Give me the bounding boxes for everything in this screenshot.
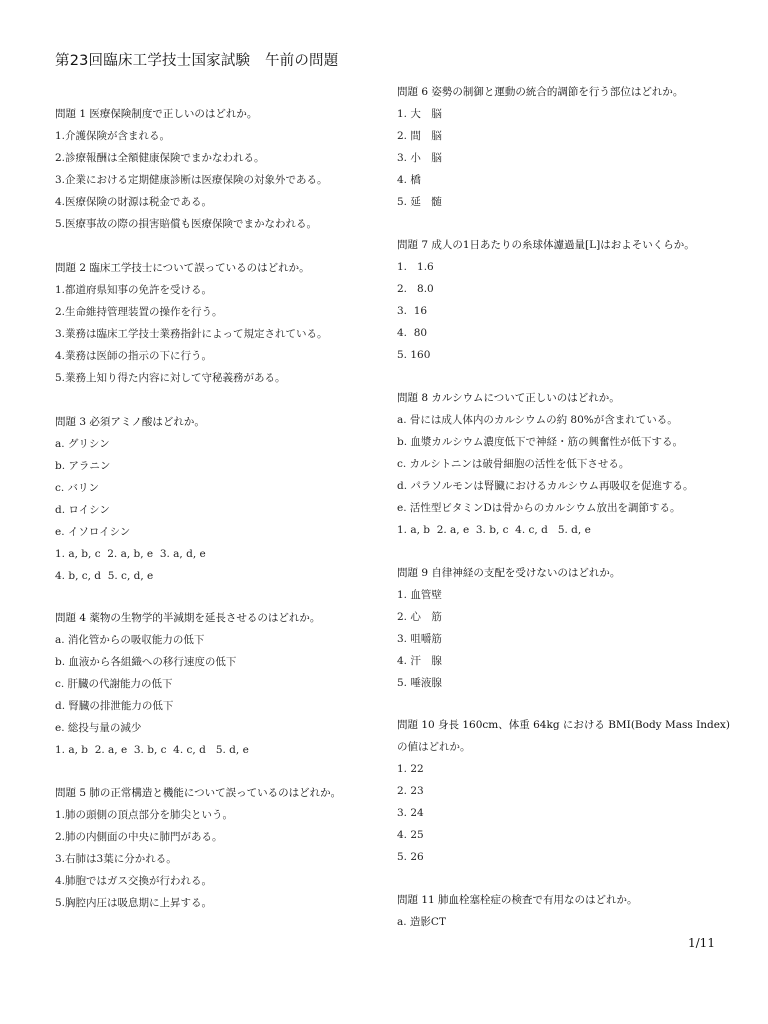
question-option-line: 2. 心 筋 xyxy=(397,610,442,624)
question-option-line: 2. 8.0 xyxy=(397,282,434,296)
question-1-heading: 問題 1 医療保険制度で正しいのはどれか。 xyxy=(55,107,257,121)
question-option-line: 2. 23 xyxy=(397,784,424,798)
question-option-line: 5.胸腔内圧は吸息期に上昇する。 xyxy=(55,896,212,910)
question-option-line: e. イソロイシン xyxy=(55,525,130,539)
page-title: 第23回臨床工学技士国家試験 午前の問題 xyxy=(55,49,338,70)
question-option-line: 3. 24 xyxy=(397,806,424,820)
question-option-line: 5. 26 xyxy=(397,850,424,864)
question-option-line: a. 消化管からの吸収能力の低下 xyxy=(55,633,204,647)
question-option-line: 4. 80 xyxy=(397,326,427,340)
question-option-line: a. グリシン xyxy=(55,437,110,451)
question-11-heading: 問題 11 肺血栓塞栓症の検査で有用なのはどれか。 xyxy=(397,893,638,907)
question-option-line: 4.医療保険の財源は税金である。 xyxy=(55,195,212,209)
question-option-line: 1. 22 xyxy=(397,762,424,776)
question-option-line: 1. a, b 2. a, e 3. b, c 4. c, d 5. d, e xyxy=(55,743,249,757)
question-10-heading: 問題 10 身長 160cm、体重 64kg における BMI(Body Mas… xyxy=(397,718,730,732)
question-option-line: d. ロイシン xyxy=(55,503,110,517)
question-option-line: e. 活性型ビタミンDは骨からのカルシウム放出を調節する。 xyxy=(397,501,680,515)
question-option-line: 3. 咀嚼筋 xyxy=(397,632,442,646)
question-option-line: b. 血液から各組織への移行速度の低下 xyxy=(55,655,236,669)
question-option-line: a. 造影CT xyxy=(397,915,446,929)
question-option-line: 2.診療報酬は全額健康保険でまかなわれる。 xyxy=(55,151,265,165)
question-option-line: 4. b, c, d 5. c, d, e xyxy=(55,569,153,583)
question-option-line: 2. 間 脳 xyxy=(397,129,442,143)
question-option-line: 4.業務は医師の指示の下に行う。 xyxy=(55,349,212,363)
question-option-line: d. 腎臓の排泄能力の低下 xyxy=(55,699,173,713)
question-option-line: 5.医療事故の際の損害賠償も医療保険でまかなわれる。 xyxy=(55,217,317,231)
question-option-line: 1.肺の頭側の頂点部分を肺尖という。 xyxy=(55,808,233,822)
question-4-heading: 問題 4 薬物の生物学的半減期を延長させるのはどれか。 xyxy=(55,611,320,625)
question-5-heading: 問題 5 肺の正常構造と機能について誤っているのはどれか。 xyxy=(55,786,341,800)
question-option-line: 1.介護保険が含まれる。 xyxy=(55,129,170,143)
question-option-line: 1. a, b 2. a, e 3. b, c 4. c, d 5. d, e xyxy=(397,523,591,537)
question-option-line: b. 血漿カルシウム濃度低下で神経・筋の興奮性が低下する。 xyxy=(397,435,683,449)
question-option-line: の値はどれか。 xyxy=(397,740,471,754)
question-option-line: 3. 16 xyxy=(397,304,427,318)
question-3-heading: 問題 3 必須アミノ酸はどれか。 xyxy=(55,415,205,429)
question-option-line: 3.企業における定期健康診断は医療保険の対象外である。 xyxy=(55,173,328,187)
question-option-line: 2.肺の内側面の中央に肺門がある。 xyxy=(55,830,223,844)
question-option-line: 4. 橋 xyxy=(397,173,421,187)
question-option-line: c. バリン xyxy=(55,481,99,495)
question-option-line: 3.業務は臨床工学技士業務指針によって規定されている。 xyxy=(55,327,328,341)
question-6-heading: 問題 6 姿勢の制御と運動の統合的調節を行う部位はどれか。 xyxy=(397,85,683,99)
question-option-line: 4. 汗 腺 xyxy=(397,654,442,668)
question-option-line: 1. 大 脳 xyxy=(397,107,442,121)
question-option-line: b. アラニン xyxy=(55,459,110,473)
question-option-line: 3.右肺は3葉に分かれる。 xyxy=(55,852,177,866)
question-option-line: a. 骨には成人体内のカルシウムの約 80%が含まれている。 xyxy=(397,413,678,427)
page-number: 1/11 xyxy=(688,936,715,950)
question-option-line: 5. 延 髄 xyxy=(397,195,442,209)
question-option-line: 1. 1.6 xyxy=(397,260,434,274)
question-option-line: 2.生命維持管理装置の操作を行う。 xyxy=(55,305,223,319)
question-option-line: 1. a, b, c 2. a, b, e 3. a, d, e xyxy=(55,547,206,561)
question-option-line: 3. 小 脳 xyxy=(397,151,442,165)
question-option-line: 5. 唾液腺 xyxy=(397,676,442,690)
question-7-heading: 問題 7 成人の1日あたりの糸球体濾過量[L]はおよそいくらか。 xyxy=(397,238,695,252)
question-option-line: 4. 25 xyxy=(397,828,424,842)
question-9-heading: 問題 9 自律神経の支配を受けないのはどれか。 xyxy=(397,566,620,580)
question-option-line: c. カルシトニンは破骨細胞の活性を低下させる。 xyxy=(397,457,629,471)
question-option-line: 1. 血管壁 xyxy=(397,588,442,602)
question-option-line: 4.肺胞ではガス交換が行われる。 xyxy=(55,874,212,888)
question-option-line: 1.都道府県知事の免許を受ける。 xyxy=(55,283,212,297)
question-option-line: 5. 160 xyxy=(397,348,430,362)
question-option-line: 5.業務上知り得た内容に対して守秘義務がある。 xyxy=(55,371,286,385)
question-8-heading: 問題 8 カルシウムについて正しいのはどれか。 xyxy=(397,391,620,405)
question-2-heading: 問題 2 臨床工学技士について誤っているのはどれか。 xyxy=(55,261,310,275)
question-option-line: e. 総投与量の減少 xyxy=(55,721,141,735)
question-option-line: d. パラソルモンは腎臓におけるカルシウム再吸収を促進する。 xyxy=(397,479,694,493)
question-option-line: c. 肝臓の代謝能力の低下 xyxy=(55,677,173,691)
